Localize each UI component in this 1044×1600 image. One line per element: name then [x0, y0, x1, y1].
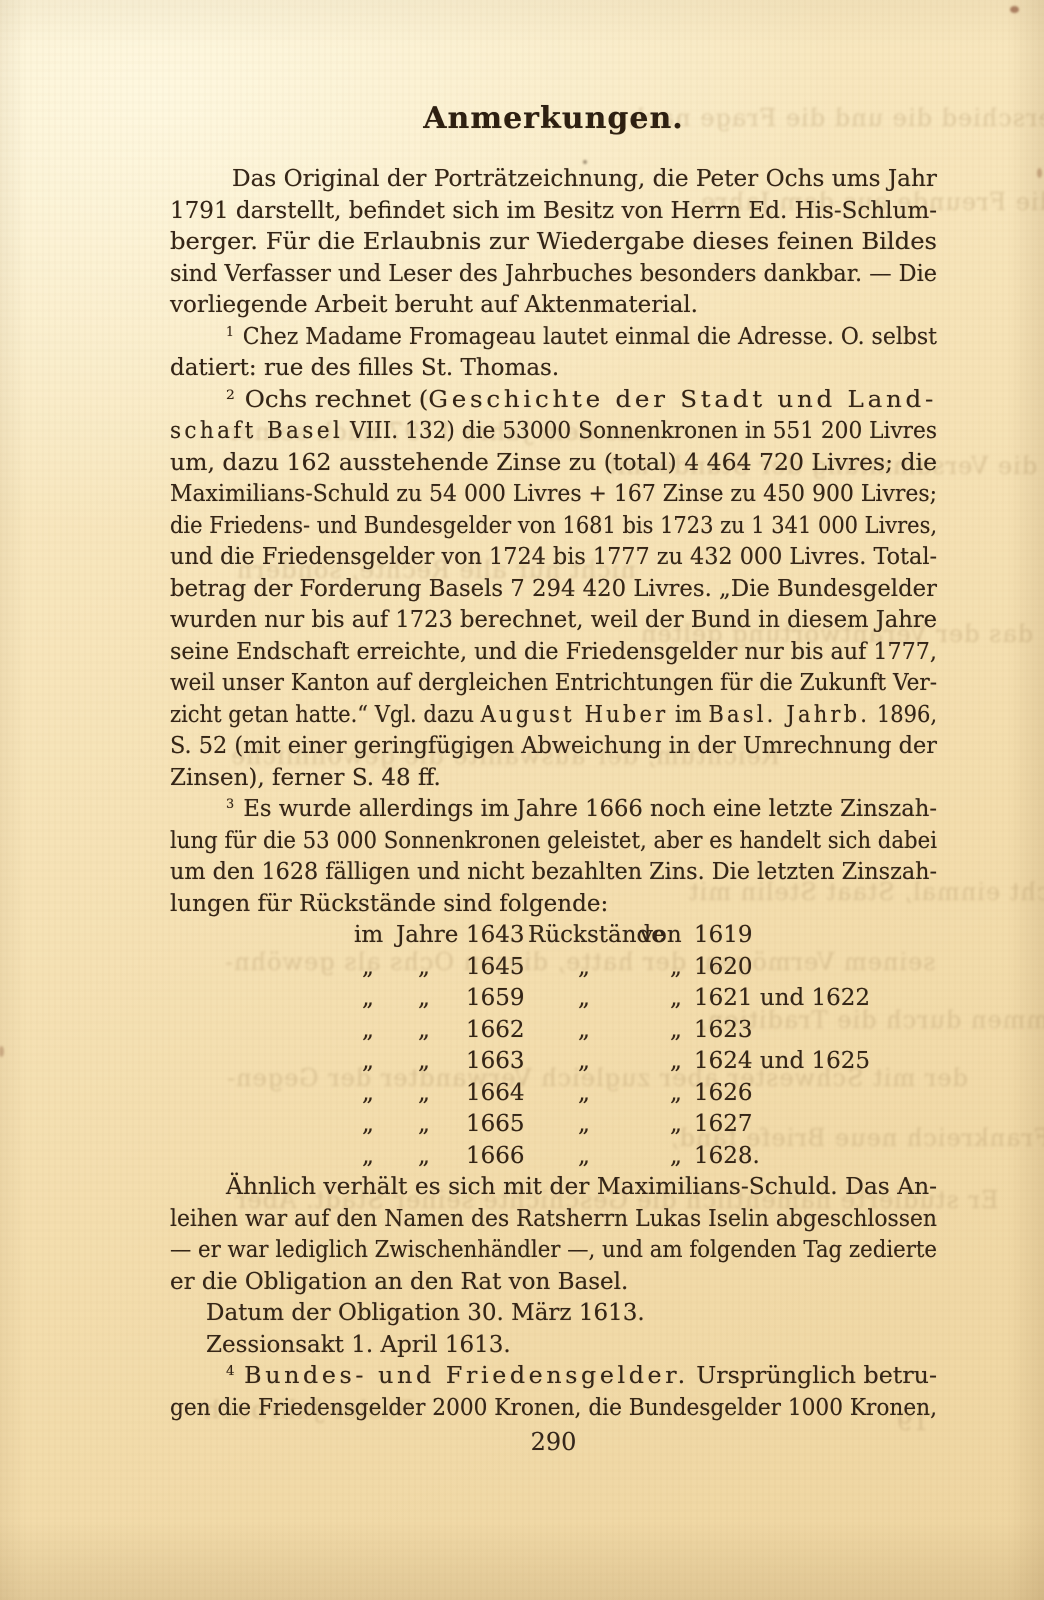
text-line: wurden nur bis auf 1723 berechnet, weil … — [170, 605, 937, 637]
arrears-table: imJahre1643Rückständevon1619„„1645„„1620… — [170, 920, 937, 1172]
table-cell: „ — [362, 1078, 374, 1110]
table-row: „„1663„„1624 und 1625 — [170, 1046, 937, 1078]
text-line: weil unser Kanton auf dergleichen Entric… — [170, 668, 937, 700]
text-line: vorliegende Arbeit beruht auf Aktenmater… — [170, 290, 937, 322]
table-cell: 1623 — [694, 1015, 753, 1047]
table-cell: „ — [362, 952, 374, 984]
table-cell: 1645 — [466, 952, 525, 984]
text-line: 2 Ochs rechnet (Geschichte der Stadt und… — [170, 385, 937, 417]
text-line: und die Friedensgelder von 1724 bis 1777… — [170, 542, 937, 574]
table-cell: 1663 — [466, 1046, 525, 1078]
table-cell: „ — [670, 1141, 682, 1173]
table-cell: „ — [670, 952, 682, 984]
table-cell: 1665 — [466, 1109, 525, 1141]
table-cell: 1666 — [466, 1141, 525, 1173]
footnote-marker: 2 — [226, 388, 235, 403]
text-line: die Friedens- und Bundesgelder von 1681 … — [170, 511, 937, 543]
table-cell: „ — [670, 983, 682, 1015]
table-cell: „ — [362, 983, 374, 1015]
table-cell: Jahre — [396, 920, 458, 952]
text-line: seine Endschaft erreichte, und die Fried… — [170, 637, 937, 669]
table-cell: „ — [362, 1141, 374, 1173]
table-cell: „ — [578, 983, 590, 1015]
table-row: „„1645„„1620 — [170, 952, 937, 984]
paper-speck — [1010, 6, 1019, 13]
text-line: Zessionsakt 1. April 1613. — [170, 1330, 937, 1362]
text-line: Zinsen), ferner S. 48 ff. — [170, 763, 937, 795]
table-cell: „ — [670, 1046, 682, 1078]
table-cell: 1626 — [694, 1078, 753, 1110]
text-line: leihen war auf den Namen des Ratsherrn L… — [170, 1204, 937, 1236]
text-line: gen die Friedensgelder 2000 Kronen, die … — [170, 1393, 937, 1425]
table-row: „„1664„„1626 — [170, 1078, 937, 1110]
table-cell: 1621 und 1622 — [694, 983, 870, 1015]
table-cell: „ — [362, 1015, 374, 1047]
page-heading: Anmerkungen. — [170, 101, 937, 136]
table-cell: „ — [670, 1078, 682, 1110]
table-row: „„1659„„1621 und 1622 — [170, 983, 937, 1015]
table-cell: „ — [418, 1109, 430, 1141]
notes-body-lower: Ähnlich verhält es sich mit der Maximili… — [170, 1172, 937, 1424]
text-line: lung für die 53 000 Sonnenkronen geleist… — [170, 826, 937, 858]
table-cell: „ — [418, 1141, 430, 1173]
table-cell: 1662 — [466, 1015, 525, 1047]
table-cell: „ — [578, 1046, 590, 1078]
table-cell: „ — [418, 952, 430, 984]
book-page-scan: Er unterschied die und die Frage nachmit… — [0, 0, 1044, 1600]
table-cell: „ — [578, 1078, 590, 1110]
text-line: lungen für Rückstände sind folgende: — [170, 889, 937, 921]
text-line: schaft Basel VIII. 132) die 53000 Sonnen… — [170, 416, 937, 448]
text-line: berger. Für die Erlaubnis zur Wiedergabe… — [170, 227, 937, 259]
text-line: 3 Es wurde allerdings im Jahre 1666 noch… — [170, 794, 937, 826]
text-line: um, dazu 162 ausstehende Zinse zu (total… — [170, 448, 937, 480]
footnote-marker: 1 — [226, 325, 234, 340]
text-line: um den 1628 fälligen und nicht bezahlten… — [170, 857, 937, 889]
table-cell: „ — [418, 983, 430, 1015]
footnote-marker: 3 — [226, 797, 234, 812]
table-cell: 1620 — [694, 952, 753, 984]
table-cell: 1627 — [694, 1109, 753, 1141]
table-cell: 1664 — [466, 1078, 525, 1110]
table-cell: „ — [362, 1046, 374, 1078]
text-line: 1 Chez Madame Fromageau lautet einmal di… — [170, 322, 937, 354]
text-line: sind Verfasser und Leser des Jahrbuches … — [170, 259, 937, 291]
table-cell: „ — [670, 1015, 682, 1047]
table-cell: „ — [578, 1109, 590, 1141]
text-line: er die Obligation an den Rat von Basel. — [170, 1267, 937, 1299]
table-cell: 1628. — [694, 1141, 760, 1173]
table-cell: „ — [418, 1046, 430, 1078]
paper-speck — [1037, 168, 1042, 178]
table-row: „„1665„„1627 — [170, 1109, 937, 1141]
text-line: datiert: rue des filles St. Thomas. — [170, 353, 937, 385]
table-cell: „ — [670, 1109, 682, 1141]
footnote-marker: 4 — [226, 1364, 235, 1379]
table-cell: „ — [578, 1141, 590, 1173]
text-line: S. 52 (mit einer geringfügigen Abweichun… — [170, 731, 937, 763]
text-line: Ähnlich verhält es sich mit der Maximili… — [170, 1172, 937, 1204]
text-line: Datum der Obligation 30. März 1613. — [170, 1298, 937, 1330]
paper-speck — [583, 160, 587, 164]
text-line: betrag der Forderung Basels 7 294 420 Li… — [170, 574, 937, 606]
table-cell: „ — [578, 1015, 590, 1047]
text-line: Das Original der Porträtzeichnung, die P… — [170, 164, 937, 196]
table-cell: von — [640, 920, 682, 952]
text-line: 1791 darstellt, befindet sich im Besitz … — [170, 196, 937, 228]
text-line: zicht getan hatte.“ Vgl. dazu August Hub… — [170, 700, 937, 732]
table-row: imJahre1643Rückständevon1619 — [170, 920, 937, 952]
table-cell: „ — [578, 952, 590, 984]
page-number: 290 — [170, 1428, 937, 1456]
table-cell: „ — [362, 1109, 374, 1141]
table-row: „„1666„„1628. — [170, 1141, 937, 1173]
notes-body-upper: Das Original der Porträtzeichnung, die P… — [170, 164, 937, 920]
table-cell: 1659 — [466, 983, 525, 1015]
text-line: 4 Bundes- und Friedensgelder. Ursprüngli… — [170, 1361, 937, 1393]
table-row: „„1662„„1623 — [170, 1015, 937, 1047]
text-line: Maximilians-Schuld zu 54 000 Livres + 16… — [170, 479, 937, 511]
table-cell: „ — [418, 1078, 430, 1110]
table-cell: 1643 — [466, 920, 525, 952]
table-cell: im — [354, 920, 383, 952]
text-line: — er war lediglich Zwischenhändler —, un… — [170, 1235, 937, 1267]
table-cell: 1624 und 1625 — [694, 1046, 870, 1078]
table-cell: „ — [418, 1015, 430, 1047]
table-cell: 1619 — [694, 920, 753, 952]
